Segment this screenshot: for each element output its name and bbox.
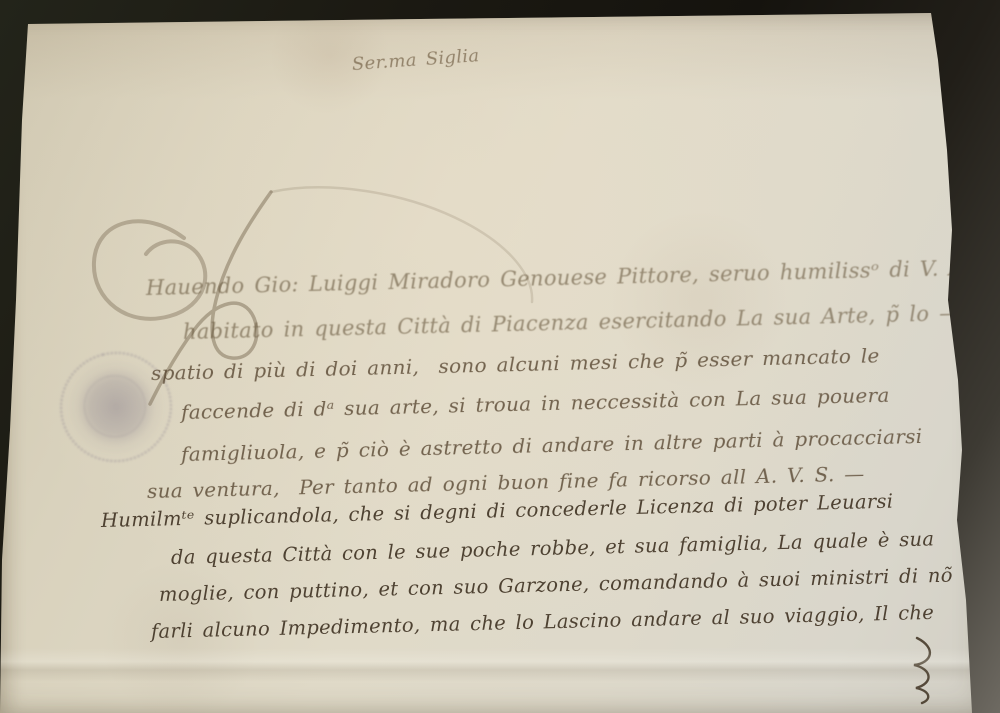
manuscript-line: Hauendo Gio: Luiggi Miradoro Genouese Pi… — [146, 254, 1000, 300]
paper-fold-crease — [0, 648, 1000, 682]
manuscript-line: famigliuola, e p̃ ciò è astretto di anda… — [181, 424, 923, 466]
manuscript-line: spatio di più di doi anni, sono alcuni m… — [151, 343, 880, 385]
manuscript-line: moglie, con puttino, et con suo Garzone,… — [159, 564, 953, 606]
manuscript-line: da questa Città con le sue poche robbe, … — [171, 527, 935, 569]
etcetera-flourish-icon — [892, 634, 946, 706]
document-heading: Ser.ma Siglia — [351, 45, 480, 75]
photograph-background: Ser.ma Siglia Hauendo Gio: Luiggi Mirado… — [0, 0, 1000, 713]
manuscript-paper: Ser.ma Siglia Hauendo Gio: Luiggi Mirado… — [0, 0, 1000, 713]
stamp-inner-ring — [77, 369, 152, 444]
manuscript-line: faccende di dᵃ sua arte, si troua in nec… — [181, 383, 890, 424]
manuscript-line: habitato in questa Città di Piacenza ese… — [183, 301, 961, 344]
manuscript-line: farli alcuno Impedimento, ma che lo Lasc… — [151, 601, 935, 643]
